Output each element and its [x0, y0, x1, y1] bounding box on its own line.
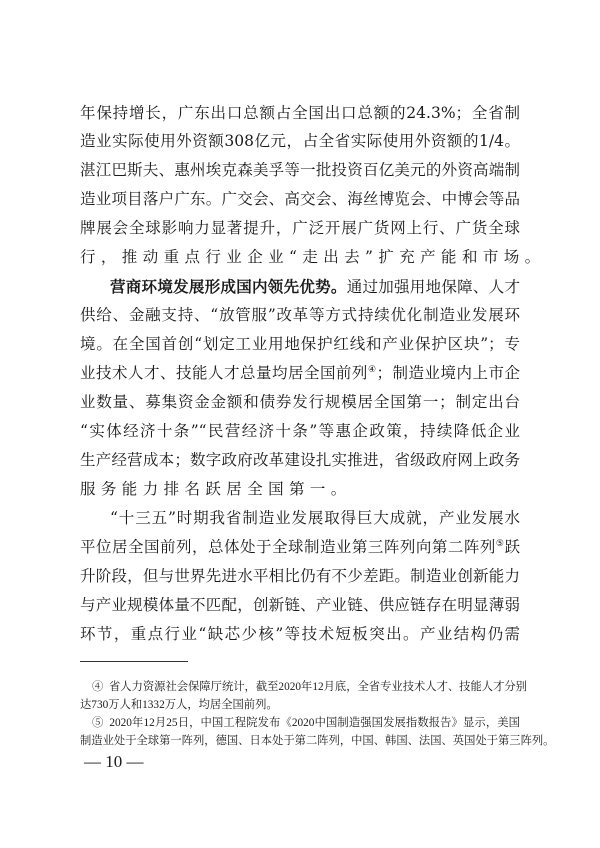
body-line: “十三五”时期我省制造业发展取得巨大成就，产业发展水: [110, 504, 520, 533]
body-line: 境。在全国首创“划定工业用地保护红线和产业保护区块”；专: [80, 330, 520, 359]
body-line: 服务能力排名跃居全国第一。: [80, 475, 520, 504]
footnote-marker-5: ⑤: [92, 717, 103, 729]
body-line: 业技术人才、技能人才总量均居全国前列④；制造业境内上市企: [80, 359, 520, 388]
footnote-5-text: 2020年12月25日，中国工程院发布《2020中国制造强国发展指数报告》显示，…: [109, 717, 520, 729]
footnote-5-line2: 制造业处于全球第一阵列，德国、日本处于第二阵列，中国、韩国、法国、英国处于第三阵…: [80, 732, 520, 750]
body-line: 生产经营成本；数字政府改革建设扎实推进，省级政府网上政务: [80, 446, 520, 475]
body-line: 造业实际使用外资额308亿元，占全省实际使用外资额的1/4。: [80, 127, 520, 156]
body-line: 平位居全国前列，总体处于全球制造业第三阵列向第二阵列⑤跃: [80, 533, 520, 562]
para2-heading: 营商环境发展形成国内领先优势。: [110, 277, 347, 296]
body-line: 造业项目落户广东。广交会、高交会、海丝博览会、中博会等品: [80, 185, 520, 214]
body-line: 业数量、募集资金金额和债券发行规模居全国第一；制定出台: [80, 388, 520, 417]
body-line: 行，推动重点行业企业“走出去”扩充产能和市场。: [80, 243, 520, 272]
para3-line2-text: 平位居全国前列，总体处于全球制造业第三阵列向第二阵列: [80, 538, 496, 556]
footnote-4-line1: ④ 省人力资源社会保障厅统计，截至2020年12月底，全省专业技术人才、技能人才…: [92, 678, 520, 696]
para2-line3-text: 业技术人才、技能人才总量均居全国前列: [80, 364, 368, 382]
footnote-separator: [80, 661, 188, 662]
page-number: — 10 —: [84, 752, 144, 772]
footnote-marker-4: ④: [92, 681, 103, 693]
footnote-4-text: 省人力资源社会保障厅统计，截至2020年12月底，全省专业技术人才、技能人才分别: [109, 681, 527, 693]
para2-line3-after: ；制造业境内上市企: [377, 364, 520, 382]
document-page: 年保持增长，广东出口总额占全国出口总额的24.3%；全省制 造业实际使用外资额3…: [0, 0, 600, 848]
footnote-5-line1: ⑤ 2020年12月25日，中国工程院发布《2020中国制造强国发展指数报告》显…: [92, 714, 520, 732]
para3-line2-after: 跃: [504, 538, 520, 556]
body-line: “实体经济十条”“民营经济十条”等惠企政策，持续降低企业: [80, 417, 520, 446]
body-line: 牌展会全球影响力显著提升，广泛开展广货网上行、广货全球: [80, 214, 520, 243]
body-line: 与产业规模体量不匹配，创新链、产业链、供应链存在明显薄弱: [80, 591, 520, 620]
footnote-4-line2: 达730万人和1332万人，均居全国前列。: [80, 696, 520, 714]
footnote-ref-4[interactable]: ④: [368, 365, 377, 375]
body-line: 升阶段，但与世界先进水平相比仍有不少差距。制造业创新能力: [80, 562, 520, 591]
para2-first-line: 营商环境发展形成国内领先优势。通过加强用地保障、人才: [110, 272, 520, 301]
body-line: 环节，重点行业“缺芯少核”等技术短板突出。产业结构仍需: [80, 620, 520, 649]
body-line: 年保持增长，广东出口总额占全国出口总额的24.3%；全省制: [80, 99, 520, 128]
body-line: 供给、金融支持、“放管服”改革等方式持续优化制造业发展环: [80, 301, 520, 330]
para2-first-rest: 通过加强用地保障、人才: [347, 278, 520, 296]
body-line: 湛江巴斯夫、惠州埃克森美孚等一批投资百亿美元的外资高端制: [80, 156, 520, 185]
